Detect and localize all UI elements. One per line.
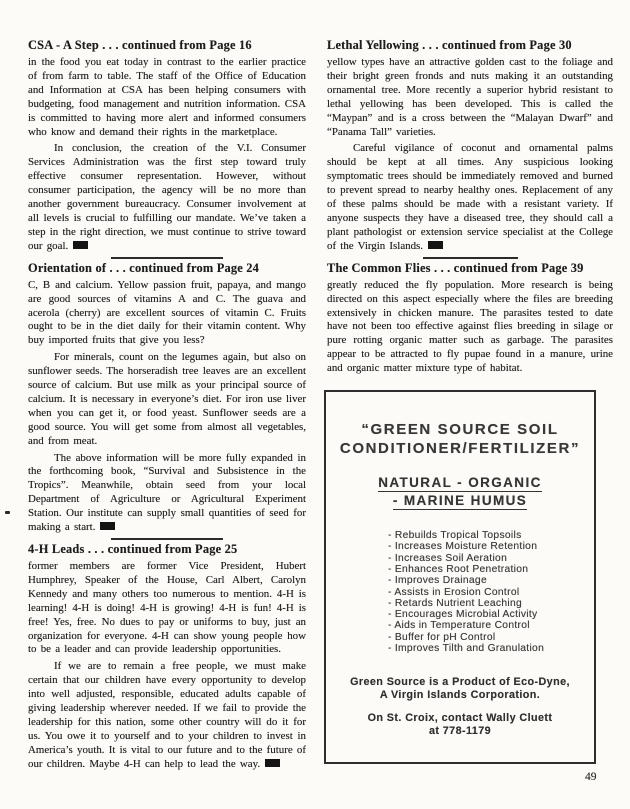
article-4h-paragraph-2: If we are to remain a free people, we mu… [28, 660, 306, 771]
print-artifact-mark [5, 511, 10, 514]
ad-benefit-item: - Improves Drainage [388, 575, 594, 586]
article-csa-paragraph-2-text: In conclusion, the creation of the V.I. … [28, 142, 306, 251]
ad-benefit-item: - Retards Nutrient Leaching [388, 598, 594, 609]
article-heading-orientation: Orientation of . . . continued from Page… [28, 261, 306, 276]
ad-benefit-item: - Rebuilds Tropical Topsoils [388, 530, 594, 541]
section-divider [423, 257, 518, 259]
article-lethal-paragraph-1: yellow types have an attractive golden c… [327, 56, 613, 139]
article-lethal-paragraph-2: Careful vigilance of coconut and ornamen… [327, 142, 613, 253]
article-csa-paragraph-1: in the food you eat today in contrast to… [28, 56, 306, 139]
ad-benefit-item: - Encourages Microbial Activity [388, 609, 594, 620]
end-of-article-marker [265, 759, 280, 767]
ad-contact-line: On St. Croix, contact Wally Cluett at 77… [326, 712, 594, 738]
ad-subtitle-line-1: NATURAL - ORGANIC [378, 475, 542, 492]
page-number: 49 [585, 771, 597, 783]
magazine-page: CSA - A Step . . . continued from Page 1… [0, 0, 630, 809]
ad-benefit-item: - Enhances Root Penetration [388, 564, 594, 575]
article-heading-4h: 4-H Leads . . . continued from Page 25 [28, 542, 306, 557]
ad-benefit-item: - Increases Moisture Retention [388, 541, 594, 552]
end-of-article-marker [100, 522, 115, 530]
article-lethal-paragraph-2-text: Careful vigilance of coconut and ornamen… [327, 142, 613, 251]
ad-title-line-1: “GREEN SOURCE SOIL [326, 420, 594, 439]
ad-benefit-item: - Assists in Erosion Control [388, 587, 594, 598]
ad-subtitle: NATURAL - ORGANIC - MARINE HUMUS [326, 474, 594, 510]
section-divider [111, 538, 223, 540]
end-of-article-marker [73, 241, 88, 249]
article-4h-paragraph-2-text: If we are to remain a free people, we mu… [28, 660, 306, 769]
green-source-advertisement: “GREEN SOURCE SOIL CONDITIONER/FERTILIZE… [324, 390, 596, 764]
article-orientation-paragraph-2: For minerals, count on the legumes again… [28, 351, 306, 448]
ad-company-line: Green Source is a Product of Eco-Dyne, A… [326, 676, 594, 702]
ad-benefit-item: - Aids in Temperature Control [388, 620, 594, 631]
article-orientation-paragraph-1: C, B and calcium. Yellow passion fruit, … [28, 279, 306, 349]
ad-company-line-2: A Virgin Islands Corporation. [326, 689, 594, 702]
ad-benefit-item: - Buffer for pH Control [388, 632, 594, 643]
ad-title: “GREEN SOURCE SOIL CONDITIONER/FERTILIZE… [326, 420, 594, 458]
ad-contact-line-1: On St. Croix, contact Wally Cluett [326, 712, 594, 725]
article-heading-lethal-yellowing: Lethal Yellowing . . . continued from Pa… [327, 38, 613, 53]
end-of-article-marker [428, 241, 443, 249]
article-orientation-paragraph-3: The above information will be more fully… [28, 452, 306, 535]
article-flies-paragraph-1: greatly reduced the fly population. More… [327, 279, 613, 376]
ad-benefit-item: - Improves Tilth and Granulation [388, 643, 594, 654]
ad-benefit-item: - Increases Soil Aeration [388, 553, 594, 564]
article-heading-common-flies: The Common Flies . . . continued from Pa… [327, 261, 613, 276]
ad-contact-phone: at 778-1179 [326, 725, 594, 738]
ad-company-line-1: Green Source is a Product of Eco-Dyne, [326, 676, 594, 689]
article-heading-csa: CSA - A Step . . . continued from Page 1… [28, 38, 306, 53]
article-4h-paragraph-1: former members are former Vice President… [28, 560, 306, 657]
ad-title-line-2: CONDITIONER/FERTILIZER” [326, 439, 594, 458]
ad-subtitle-line-2: - MARINE HUMUS [393, 493, 527, 510]
section-divider [111, 257, 223, 259]
ad-benefits-list: - Rebuilds Tropical Topsoils - Increases… [388, 530, 594, 654]
article-orientation-paragraph-3-text: The above information will be more fully… [28, 452, 306, 534]
left-column: CSA - A Step . . . continued from Page 1… [28, 38, 306, 775]
right-column: Lethal Yellowing . . . continued from Pa… [327, 38, 613, 764]
article-csa-paragraph-2: In conclusion, the creation of the V.I. … [28, 142, 306, 253]
